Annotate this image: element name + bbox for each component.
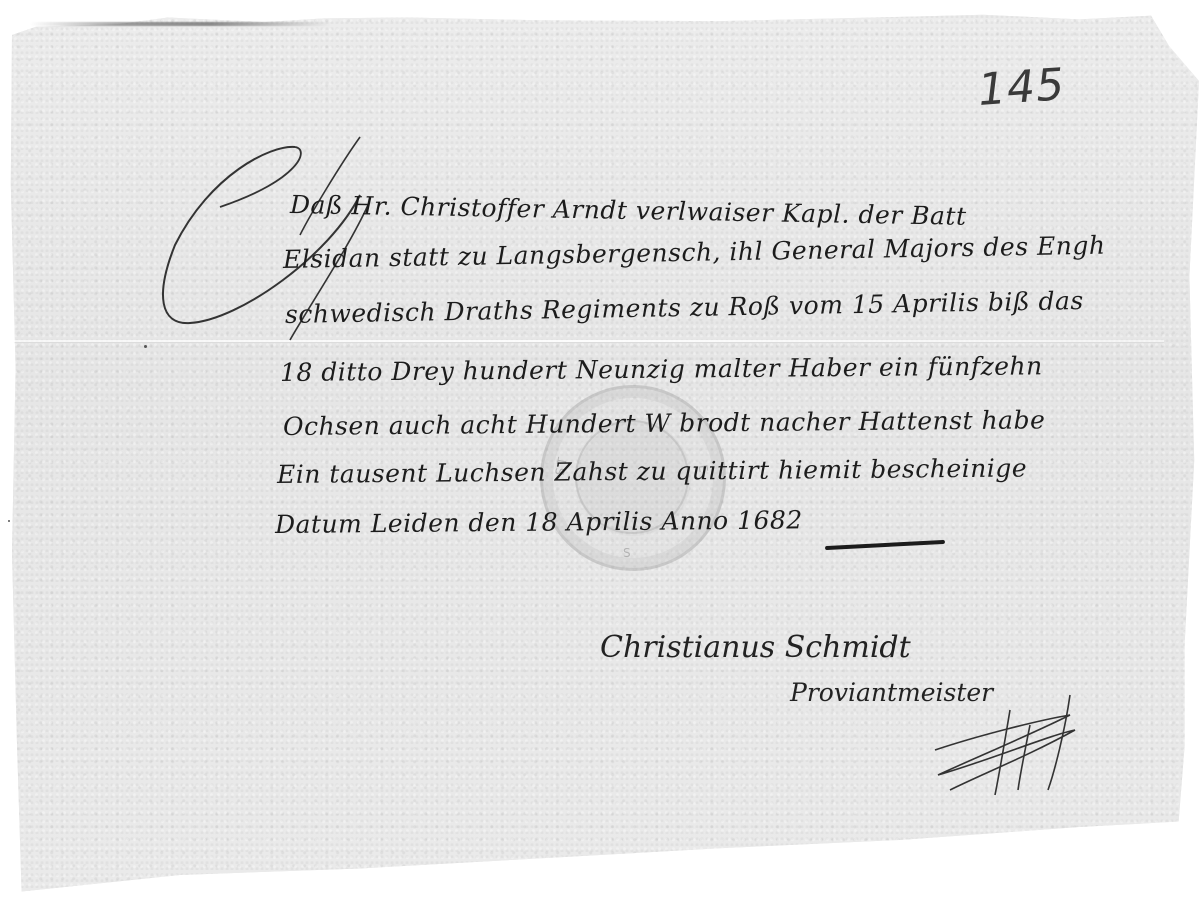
signature-paraph-flourish-icon [930, 690, 1080, 800]
ink-speck [8, 520, 10, 522]
signatory-name: Christianus Schmidt [600, 630, 911, 665]
archive-number: 145 [976, 59, 1066, 116]
body-line-7-date: Datum Leiden den 18 Aprilis Anno 1682 [275, 505, 803, 539]
document-scan: 145 ST S E Daß Hr. Christoffer Arndt ver… [0, 0, 1199, 921]
paper-top-edge [30, 22, 330, 26]
seal-letters-bottom: S [623, 546, 634, 560]
ink-speck [144, 345, 147, 348]
signature-block: Christianus Schmidt Proviantmeister [600, 600, 1080, 800]
